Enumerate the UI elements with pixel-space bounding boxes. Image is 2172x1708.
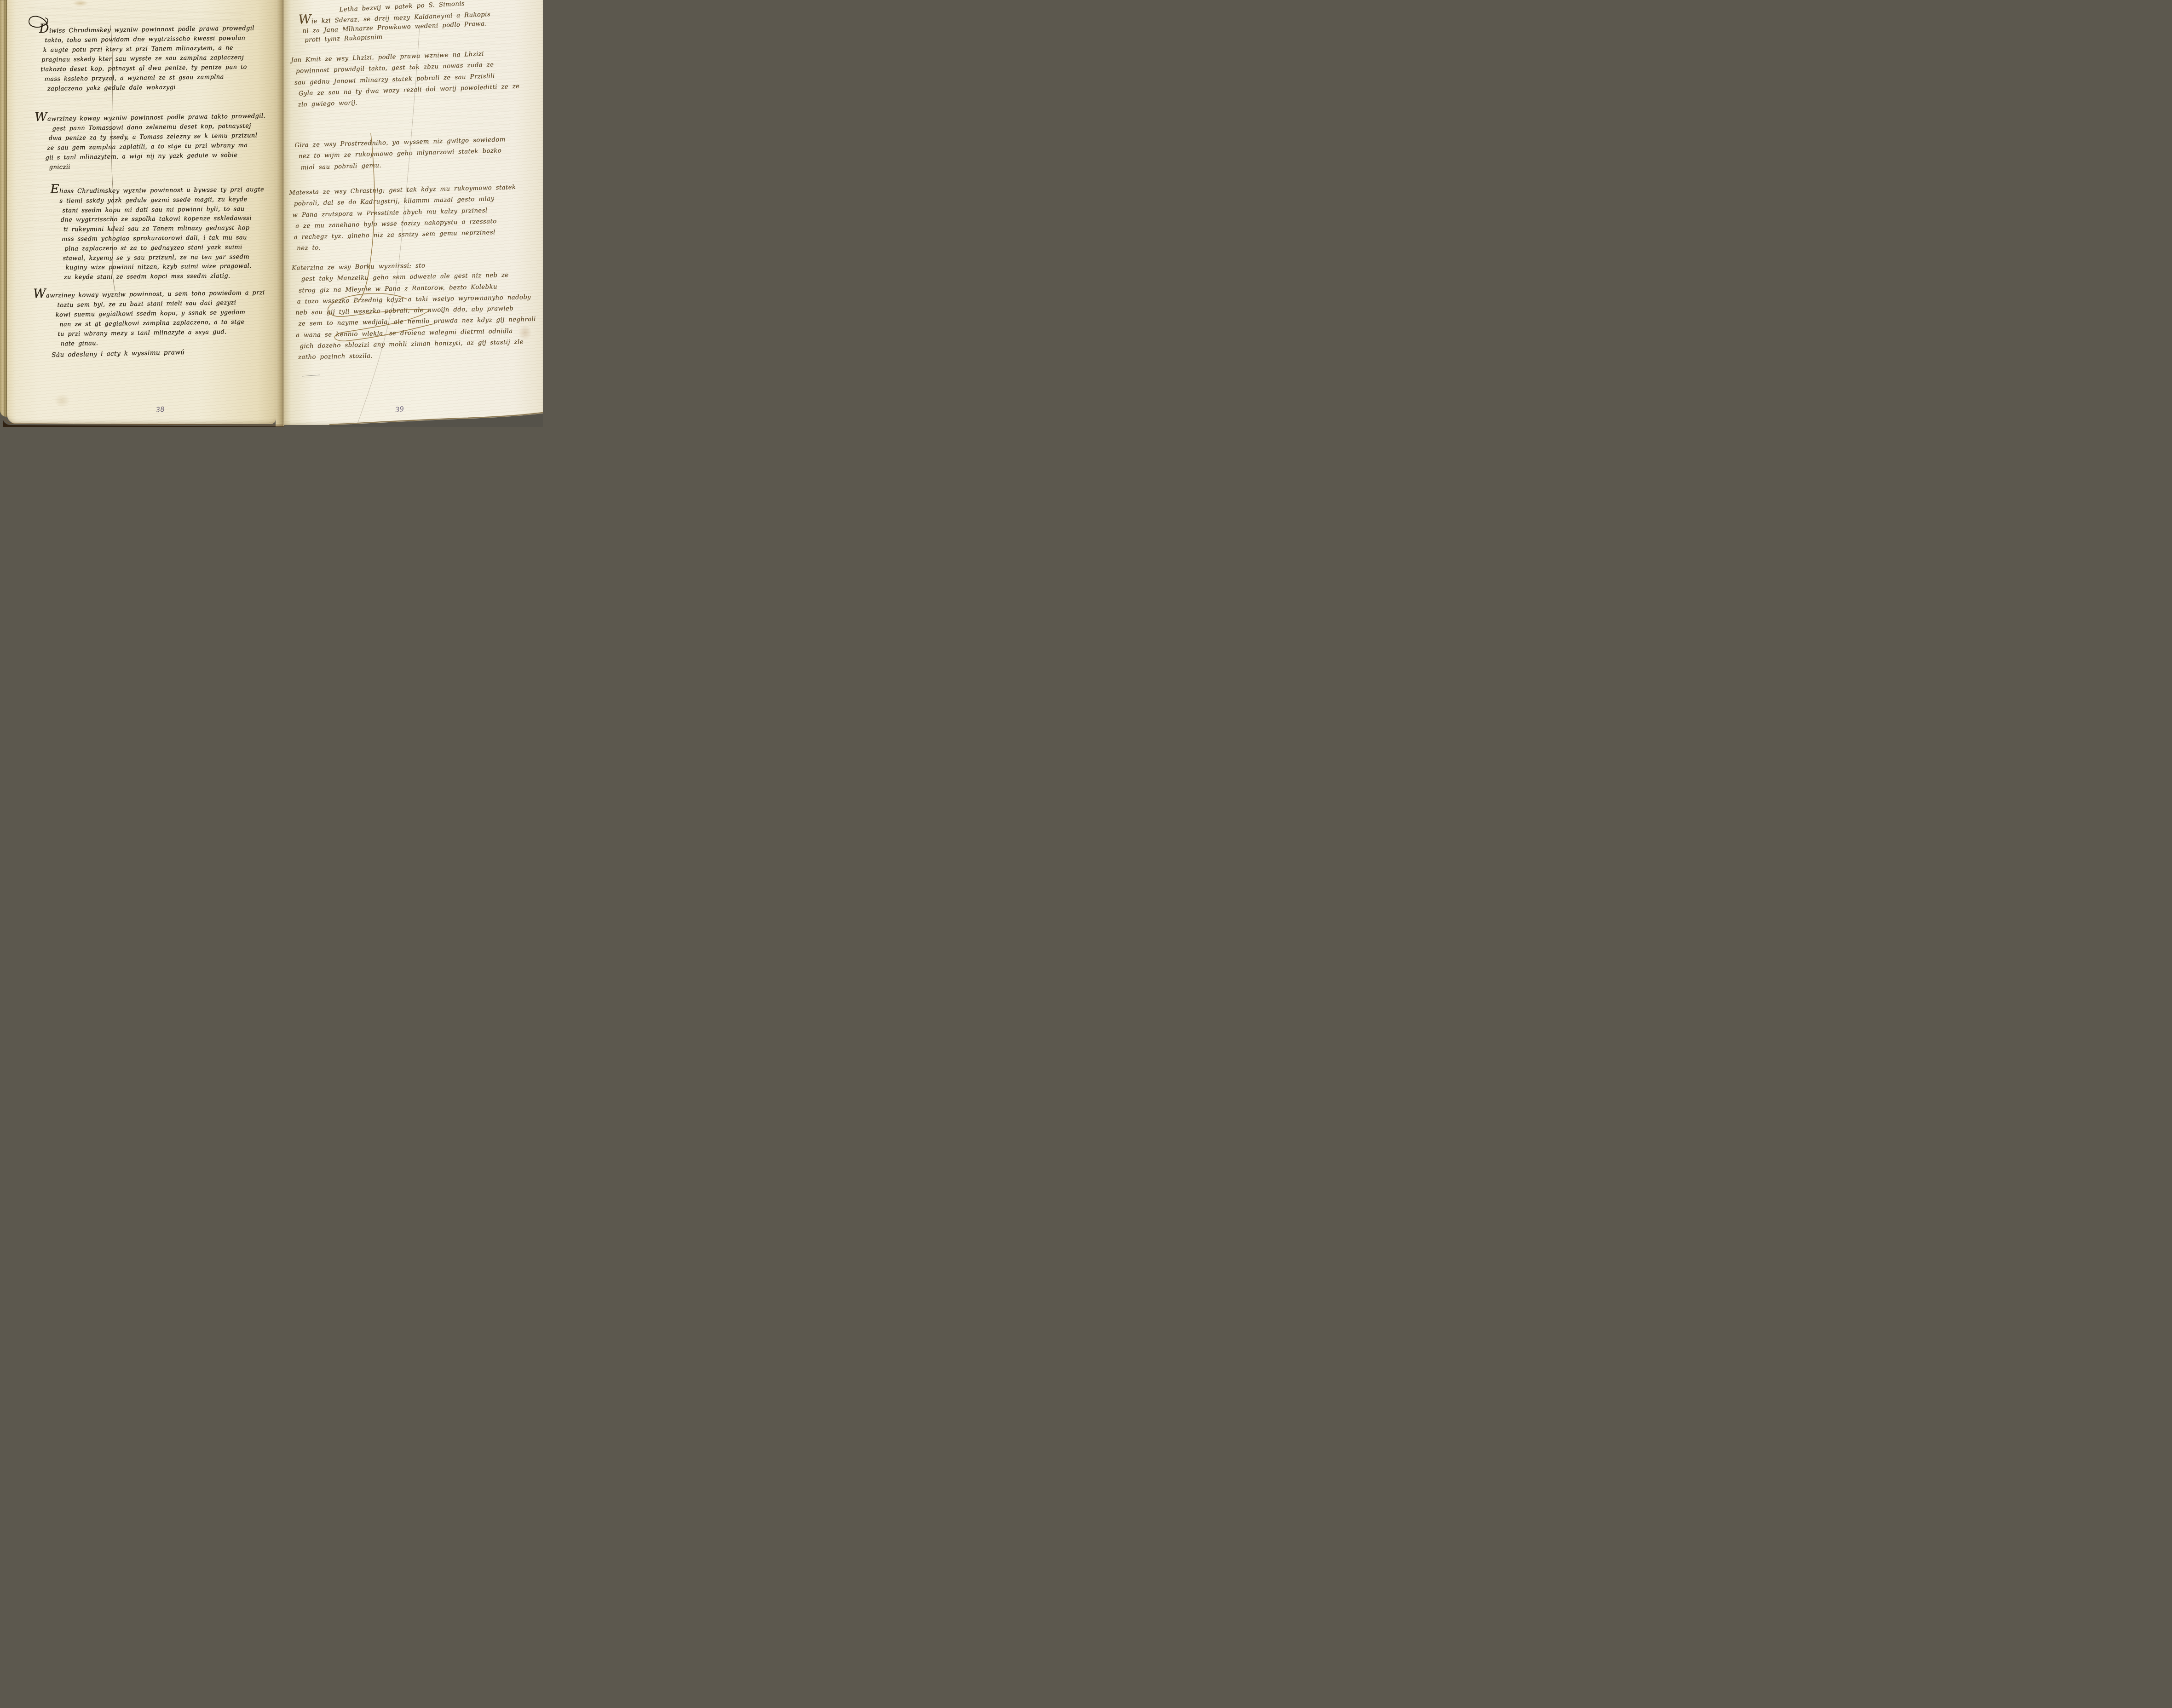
- paragraph: Gira ze wsy Prostrzedniho, ya wyssem niz…: [293, 134, 506, 174]
- paragraph: Wawrziney koway wyzniw powinnost, u sem …: [33, 286, 265, 349]
- manuscript-line: kuginy wize powinni nitzan, kzyb suimi w…: [65, 262, 265, 273]
- page-edge-stack: [0, 0, 7, 417]
- paragraph: Eliass Chrudimskey wyzniw powinnost u by…: [44, 183, 265, 283]
- book-spread: Diwiss Chrudimskey wyzniw powinnost podl…: [0, 0, 543, 427]
- paragraph: Wawrziney koway wyzniw powinnost podle p…: [35, 109, 266, 173]
- paragraph: Jan Kmit ze wsy Lhzizi, podle prawa wzni…: [291, 48, 520, 111]
- manuscript-line: zu keyde stani ze ssedm kopci mss ssedm …: [64, 271, 265, 283]
- paragraph: Diwiss Chrudimskey wyzniw powinnost podl…: [39, 21, 255, 94]
- binding-gutter: [276, 0, 284, 427]
- page-number-right: 39: [395, 405, 404, 414]
- page-number-left: 38: [156, 405, 165, 414]
- manuscript-line: Eliass Chrudimskey wyzniw powinnost u by…: [50, 183, 264, 197]
- paragraph: Matessta ze wsy Chrastnig; gest tak kdyz…: [289, 182, 518, 255]
- paragraph: Katerzina ze wsy Borku wyznirssi: sto ge…: [290, 259, 536, 364]
